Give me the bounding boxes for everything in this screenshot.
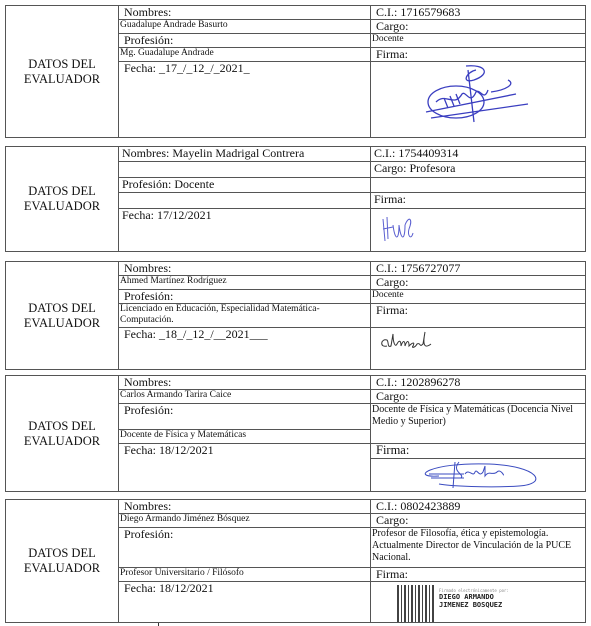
cargo-value: Profesor de Filosofía, ética y epistemol… xyxy=(371,528,586,568)
profesion-value: Profesor Universitario / Filósofo xyxy=(119,568,371,582)
signature-cell xyxy=(371,209,586,252)
nombres-value: Ahmed Martínez Rodríguez xyxy=(119,276,371,290)
ci-field: C.I.: 1202896278 xyxy=(371,376,586,390)
cargo-label: Cargo: xyxy=(371,276,586,290)
empty-cell xyxy=(119,193,371,209)
firma-label: Firma: xyxy=(371,48,586,62)
section-label: DATOS DEL EVALUADOR xyxy=(6,376,119,492)
section-label: DATOS DEL EVALUADOR xyxy=(6,500,119,623)
profesion-value: Mg. Guadalupe Andrade xyxy=(119,48,371,62)
profesion-field: Profesión: Docente xyxy=(119,178,371,193)
evaluator-table-3: DATOS DEL EVALUADOR Nombres: C.I.: 17567… xyxy=(5,261,586,370)
firma-label: Firma: xyxy=(371,568,586,582)
nombres-value: Carlos Armando Tarira Caice xyxy=(119,390,371,404)
signature-cell xyxy=(371,328,586,370)
empty-cell xyxy=(371,178,586,193)
firma-label: Firma: xyxy=(371,304,586,328)
fecha-field: Fecha: 18/12/2021 xyxy=(119,444,371,492)
nombres-label: Nombres: xyxy=(119,262,371,276)
ci-field: C.I.: 1754409314 xyxy=(371,147,586,162)
nombres-label: Nombres: xyxy=(119,376,371,390)
profesion-label: Profesión: xyxy=(119,34,371,48)
profesion-label: Profesión: xyxy=(119,404,371,430)
signature-icon xyxy=(409,460,549,490)
cargo-field: Cargo: Profesora xyxy=(371,162,586,178)
evaluator-table-4: DATOS DEL EVALUADOR Nombres: C.I.: 12028… xyxy=(5,375,586,492)
section-label: DATOS DEL EVALUADOR xyxy=(6,262,119,370)
nombres-value: Diego Armando Jiménez Bósquez xyxy=(119,514,371,528)
section-label: DATOS DEL EVALUADOR xyxy=(6,147,119,252)
section-label: DATOS DEL EVALUADOR xyxy=(6,6,119,138)
signature-cell xyxy=(371,62,586,138)
qr-code-icon xyxy=(397,585,435,623)
cargo-label: Cargo: xyxy=(371,514,586,528)
signature-icon xyxy=(377,330,437,354)
evaluator-table-2: DATOS DEL EVALUADOR Nombres: Mayelin Mad… xyxy=(5,146,586,252)
profesion-label: Profesión: xyxy=(119,290,371,304)
cargo-label: Cargo: xyxy=(371,390,586,404)
fecha-field: Fecha: _17_/_12_/_2021_ xyxy=(119,62,371,138)
fecha-field: Fecha: _18_/_12_/__2021___ xyxy=(119,328,371,370)
signature-icon xyxy=(379,211,419,247)
fecha-field: Fecha: 17/12/2021 xyxy=(119,209,371,252)
evaluator-table-1: DATOS DEL EVALUADOR Nombres: C.I.: 17165… xyxy=(5,5,586,138)
nombres-label: Nombres: xyxy=(119,6,371,20)
profesion-label: Profesión: xyxy=(119,528,371,568)
signature-icon xyxy=(396,62,536,132)
cargo-value: Docente xyxy=(371,290,586,304)
empty-cell xyxy=(119,162,371,178)
ci-field: C.I.: 1716579683 xyxy=(371,6,586,20)
profesion-value: Docente de Física y Matemáticas xyxy=(119,430,371,444)
evaluator-table-5: DATOS DEL EVALUADOR Nombres: C.I.: 08024… xyxy=(5,499,586,623)
qr-signature-text: Firmado electrónicamente por: DIEGO ARMA… xyxy=(439,588,509,609)
cargo-value: Docente de Física y Matemáticas (Docenci… xyxy=(371,404,586,444)
cargo-label: Cargo: xyxy=(371,20,586,34)
fecha-field: Fecha: 18/12/2021 xyxy=(119,582,371,623)
firma-label: Firma: xyxy=(371,193,586,209)
ci-field: C.I.: 1756727077 xyxy=(371,262,586,276)
firma-label: Firma: xyxy=(371,444,585,459)
cargo-value: Docente xyxy=(371,34,586,48)
nombres-label: Nombres: xyxy=(119,500,371,514)
nombres-field: Nombres: Mayelin Madrigal Contrera xyxy=(119,147,371,162)
nombres-value: Guadalupe Andrade Basurto xyxy=(119,20,371,34)
profesion-value: Licenciado en Educación, Especialidad Ma… xyxy=(119,304,371,328)
firma-cell: Firma: xyxy=(371,444,586,492)
signature-cell: Firmado electrónicamente por: DIEGO ARMA… xyxy=(371,582,586,623)
ci-field: C.I.: 0802423889 xyxy=(371,500,586,514)
